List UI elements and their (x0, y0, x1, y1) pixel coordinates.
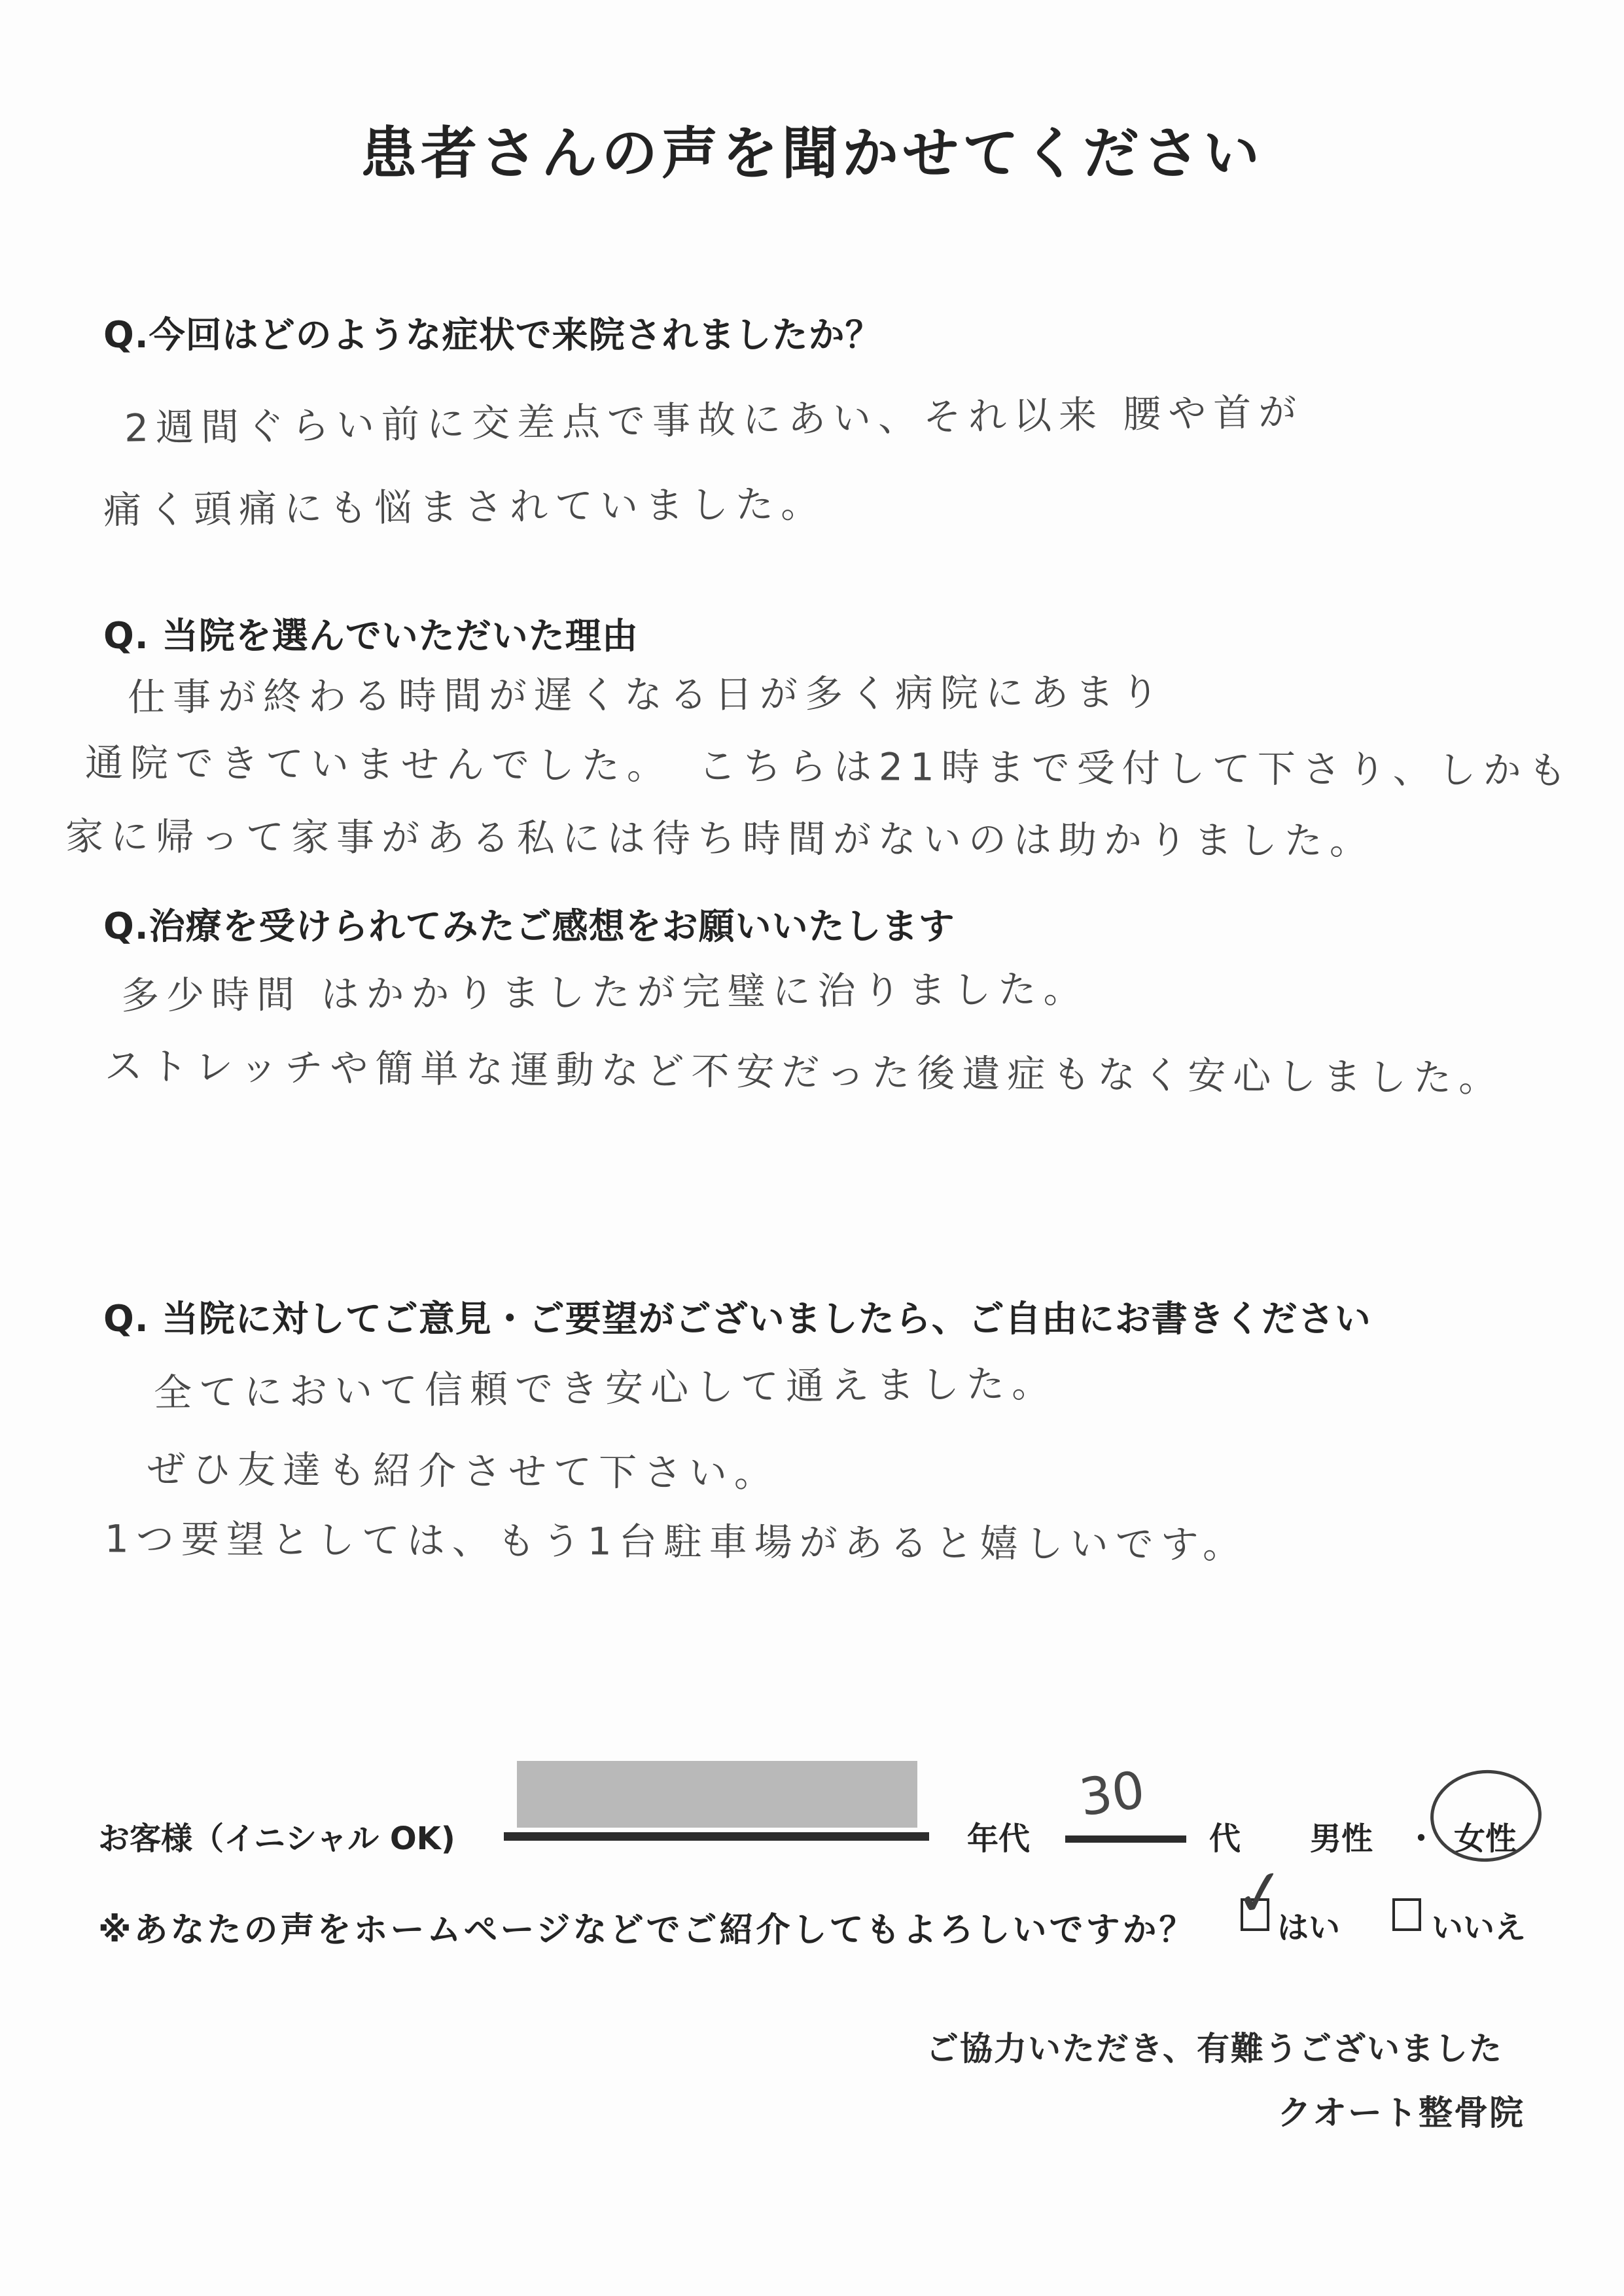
clinic-name: クオート整骨院 (1277, 2085, 1525, 2134)
question-1-answer-line-1: 2週間ぐらい前に交差点で事故にあい、それ以来 腰や首が (124, 381, 1304, 452)
name-underline (504, 1832, 929, 1841)
question-2-answer-line-1: 仕事が終わる時間が遅くなる日が多く病院にあまり (128, 661, 1166, 722)
question-2-answer-line-3: 家に帰って家事がある私には待ち時間がないのは助かりました。 (65, 806, 1375, 865)
thanks-message: ご協力いただき、有難うございました (926, 2023, 1503, 2070)
age-suffix-label: 代 (1209, 1813, 1241, 1858)
question-3-label: Q.治療を受けられてみたご感想をお願いいたします (103, 897, 955, 949)
gender-male-label: 男性 (1310, 1813, 1373, 1858)
consent-question: ※あなたの声をホームページなどでご紹介してもよろしいですか？ (98, 1902, 1196, 1951)
question-4-label: Q. 当院に対してご意見・ご要望がございましたら、ご自由にお書きください (103, 1290, 1371, 1342)
age-value-handwritten: 30 (1076, 1761, 1148, 1828)
question-3-answer-line-2: ストレッチや簡単な運動など不安だった後遺症もなく安心しました。 (105, 1035, 1504, 1103)
question-4-answer-line-3: 1つ要望としては、もう1台駐車場があると嬉しいです。 (105, 1508, 1248, 1569)
gender-female-circle-mark (1427, 1766, 1544, 1866)
question-2-label: Q. 当院を選んでいただいた理由 (103, 607, 639, 659)
question-3-answer-line-1: 多少時間 はかかりましたが完璧に治りました。 (121, 958, 1089, 1020)
question-1-label: Q.今回はどのような症状で来院されましたか？ (103, 306, 882, 358)
customer-initial-label: お客様（イニシャル OK) (98, 1813, 455, 1858)
question-4-answer-line-2: ぜひ友達も紹介させて下さい。 (147, 1438, 780, 1498)
age-underline (1065, 1835, 1186, 1843)
age-label: 年代 (967, 1813, 1030, 1858)
consent-no-label: いいえ (1432, 1902, 1526, 1947)
name-redaction-box (517, 1761, 917, 1828)
consent-no-checkbox (1392, 1898, 1421, 1931)
question-1-answer-line-2: 痛く頭痛にも悩まされていました。 (103, 473, 826, 534)
consent-yes-label: はい (1277, 1902, 1340, 1947)
question-4-answer-line-1: 全てにおいて信頼でき安心して通えました。 (154, 1353, 1057, 1417)
question-2-answer-line-2: 通院できていませんでした。 こちらは21時まで受付して下さり、しかも (85, 732, 1574, 795)
form-title: 患者さんの声を聞かせてください (0, 108, 1624, 189)
